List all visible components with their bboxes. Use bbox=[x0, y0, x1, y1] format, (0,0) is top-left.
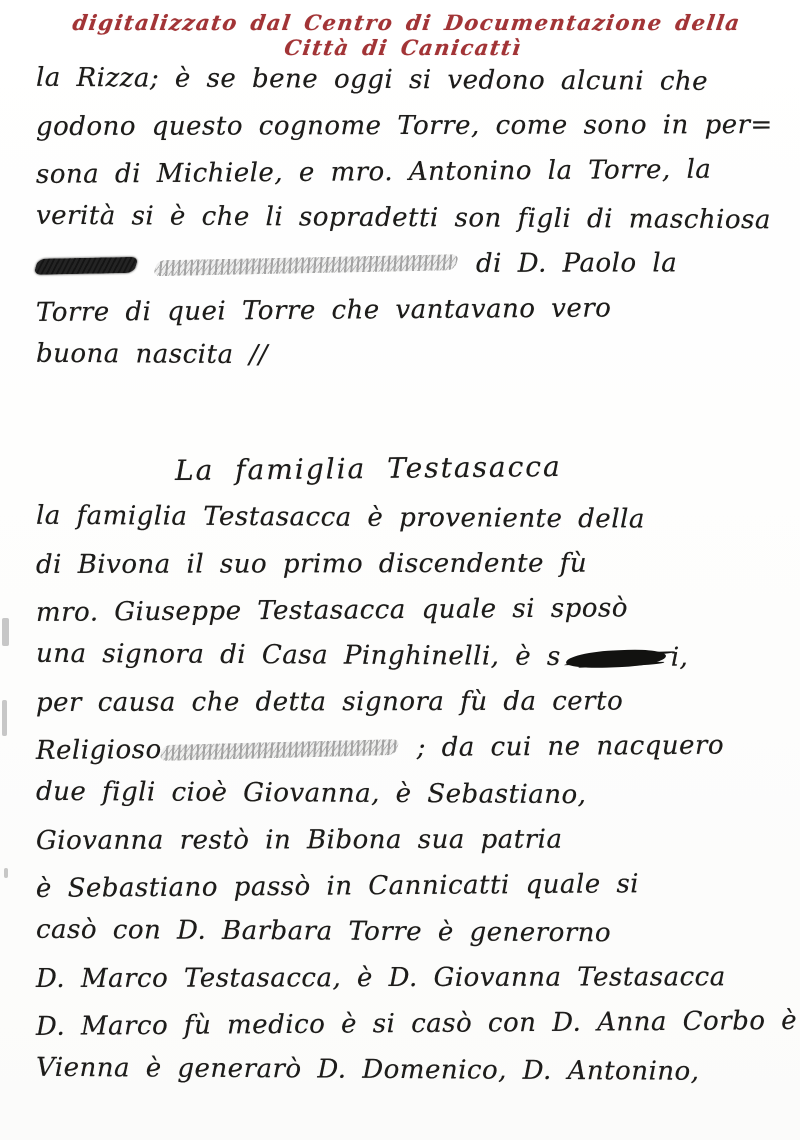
manuscript-line: la famiglia Testasacca è proveniente del… bbox=[36, 496, 776, 547]
scanned-manuscript-page: digitalizzato dal Centro di Documentazio… bbox=[0, 0, 800, 1140]
handwritten-text: per causa che detta signora fù da certo bbox=[36, 686, 623, 718]
manuscript-line: di D. Paolo la bbox=[36, 243, 776, 291]
handwritten-text: di D. Paolo la bbox=[476, 248, 677, 279]
scribble-strikethrough bbox=[153, 254, 460, 276]
manuscript-line: è Sebastiano passò in Cannicatti quale s… bbox=[36, 863, 776, 915]
manuscript-line: Torre di quei Torre che vantavano vero bbox=[36, 287, 776, 339]
handwritten-text: D. Marco fù medico è si casò con D. Anna… bbox=[36, 1006, 797, 1042]
scribble-strikethrough bbox=[159, 739, 400, 761]
scan-edge-artifact bbox=[2, 700, 7, 736]
scan-edge-artifact bbox=[2, 618, 9, 646]
manuscript-line: D. Marco Testasacca, è D. Giovanna Testa… bbox=[36, 957, 776, 1005]
manuscript-line: una signora di Casa Pinghinelli, è si, bbox=[36, 634, 776, 685]
handwritten-text: buona nascita // bbox=[36, 339, 268, 370]
manuscript-paragraph-2: la famiglia Testasacca è proveniente del… bbox=[36, 498, 776, 1096]
manuscript-line: casò con D. Barbara Torre è generorno bbox=[36, 910, 776, 961]
handwritten-text: D. Marco Testasacca, è D. Giovanna Testa… bbox=[36, 962, 726, 994]
handwritten-text: la famiglia Testasacca è proveniente del… bbox=[36, 501, 645, 535]
handwritten-text: i, bbox=[671, 643, 689, 673]
manuscript-line: buona nascita // bbox=[36, 334, 776, 385]
manuscript-line: godono questo cognome Torre, come sono i… bbox=[36, 105, 776, 153]
handwritten-text: di Bivona il suo primo discendente fù bbox=[36, 549, 587, 580]
handwritten-text: verità si è che li sopradetti son figli … bbox=[36, 201, 771, 235]
handwritten-text: godono questo cognome Torre, come sono i… bbox=[36, 110, 773, 142]
manuscript-line: la Rizza; è se bene oggi si vedono alcun… bbox=[36, 58, 776, 109]
manuscript-line: Vienna è generarò D. Domenico, D. Antoni… bbox=[36, 1048, 776, 1099]
manuscript-line: D. Marco fù medico è si casò con D. Anna… bbox=[36, 1001, 776, 1053]
ink-blot bbox=[565, 648, 666, 669]
handwritten-text: Torre di quei Torre che vantavano vero bbox=[36, 293, 612, 328]
handwritten-text: sona di Michiele, e mro. Antonino la Tor… bbox=[36, 155, 712, 190]
handwritten-text: casò con D. Barbara Torre è generorno bbox=[36, 915, 611, 949]
manuscript-line: verità si è che li sopradetti son figli … bbox=[36, 196, 776, 247]
manuscript-line: Giovanna restò in Bibona sua patria bbox=[36, 819, 776, 867]
handwritten-text: Giovanna restò in Bibona sua patria bbox=[36, 825, 563, 856]
family-section-heading: La famiglia Testasacca bbox=[175, 450, 562, 487]
manuscript-line: due figli cioè Giovanna, è Sebastiano, bbox=[36, 772, 776, 823]
manuscript-line: di Bivona il suo primo discendente fù bbox=[36, 543, 776, 591]
manuscript-line: Religioso; da cui ne nacquero bbox=[36, 725, 776, 777]
digitization-credit-header: digitalizzato dal Centro di Documentazio… bbox=[46, 10, 763, 60]
handwritten-text: due figli cioè Giovanna, è Sebastiano, bbox=[36, 777, 587, 810]
handwritten-text: la Rizza; è se bene oggi si vedono alcun… bbox=[36, 63, 708, 97]
manuscript-line: per causa che detta signora fù da certo bbox=[36, 681, 776, 729]
manuscript-line: sona di Michiele, e mro. Antonino la Tor… bbox=[36, 149, 776, 201]
handwritten-text: è Sebastiano passò in Cannicatti quale s… bbox=[36, 869, 639, 904]
handwritten-text: Vienna è generarò D. Domenico, D. Antoni… bbox=[36, 1053, 700, 1087]
handwritten-text: ; da cui ne nacquero bbox=[417, 731, 725, 763]
handwritten-text: Religioso bbox=[36, 735, 162, 766]
scribble-strikethrough bbox=[33, 257, 138, 275]
handwritten-text: mro. Giuseppe Testasacca quale si sposò bbox=[36, 593, 628, 628]
scan-edge-artifact bbox=[4, 868, 8, 878]
handwritten-text: una signora di Casa Pinghinelli, è s bbox=[36, 639, 561, 672]
manuscript-line: mro. Giuseppe Testasacca quale si sposò bbox=[36, 587, 776, 639]
manuscript-paragraph-1: la Rizza; è se bene oggi si vedono alcun… bbox=[36, 60, 776, 382]
